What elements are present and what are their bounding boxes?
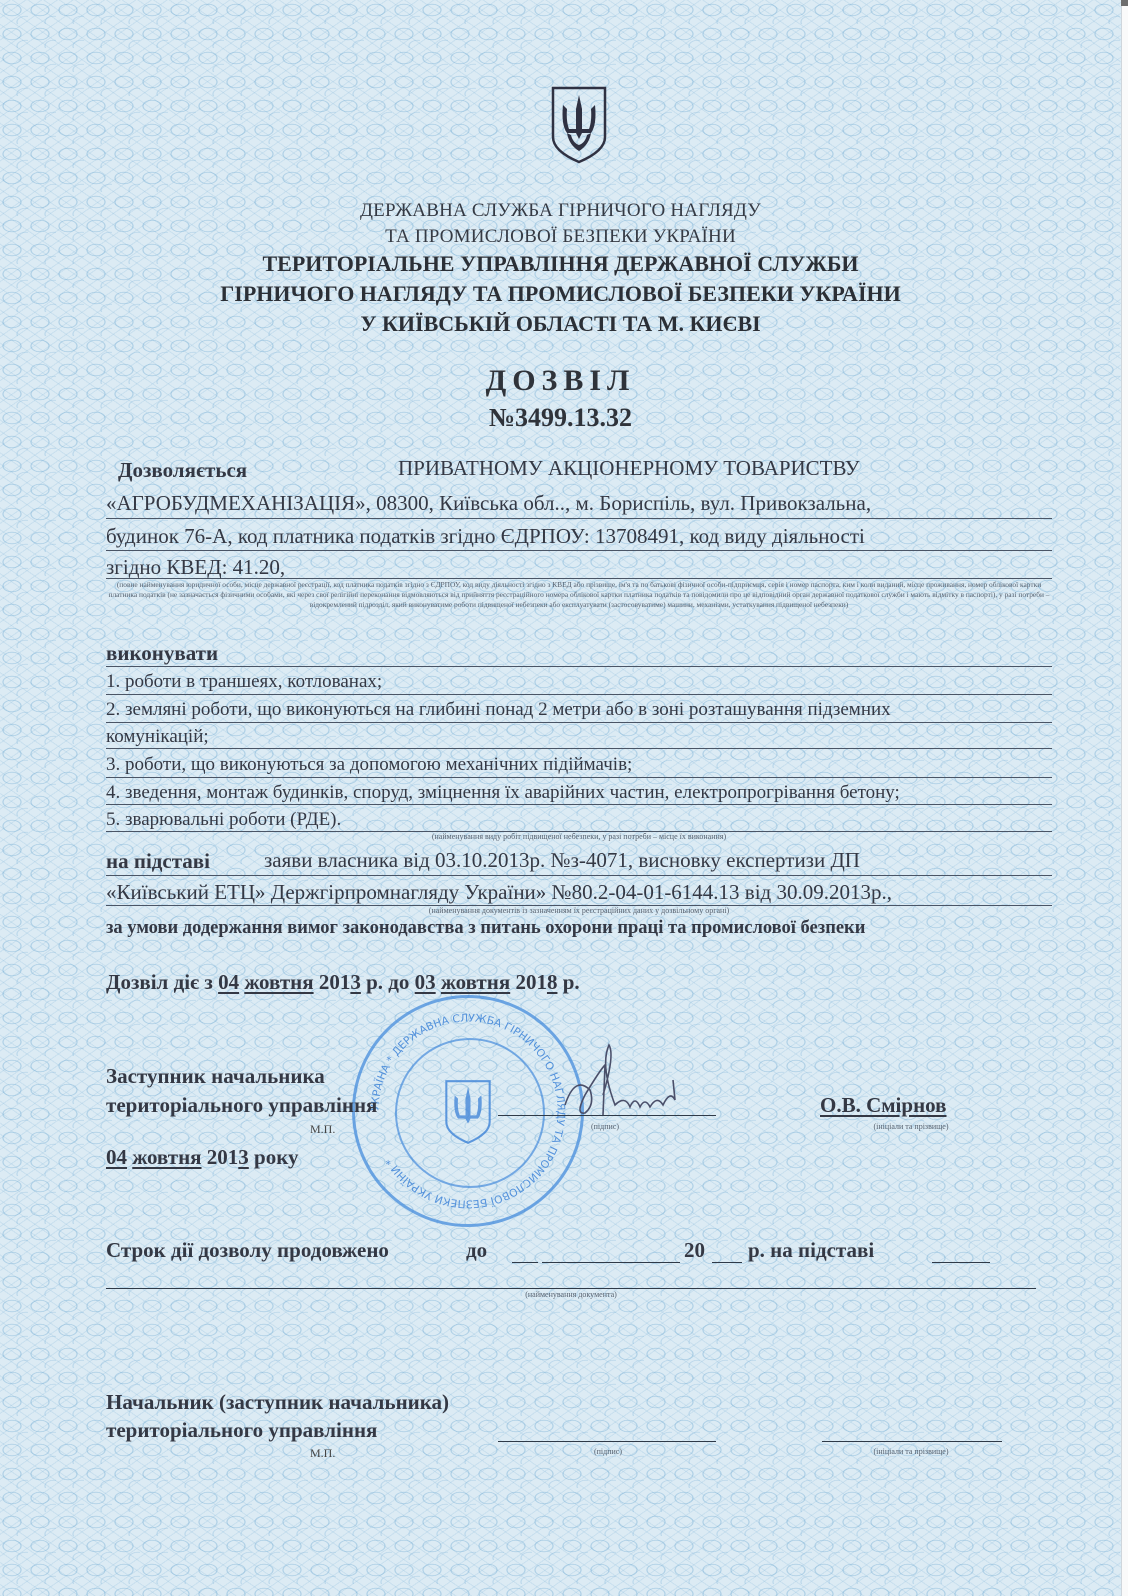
valid-to-day: 03 (415, 970, 436, 994)
final-signature-caption: (підпис) (578, 1447, 638, 1456)
valid-to-year: 8 (547, 970, 558, 994)
basis-line-2: «Київський ЕТЦ» Держгірпромнагляду Украї… (106, 880, 892, 905)
grantee-row-2: «АГРОБУДМЕХАНІЗАЦІЯ», 08300, Київська об… (106, 488, 1052, 519)
agency-line-2: ТА ПРОМИСЛОВОЇ БЕЗПЕКИ УКРАЇНИ (0, 226, 1121, 248)
extension-to: до (466, 1238, 487, 1263)
signer-name: О.В. Смірнов (820, 1093, 947, 1118)
seal-trident-icon (443, 1078, 493, 1146)
signature-caption: (підпис) (575, 1122, 635, 1131)
grantee-line-2: «АГРОБУДМЕХАНІЗАЦІЯ», 08300, Київська об… (106, 491, 871, 516)
extension-month-blank[interactable] (542, 1262, 680, 1263)
works-item: 1. роботи в траншеях, котлованах; (106, 668, 1052, 695)
works-item: 4. зведення, монтаж будинків, споруд, зм… (106, 779, 1052, 805)
works-caption: (найменування виду робіт підвищеної небе… (106, 832, 1052, 841)
scan-edge-mark (1121, 0, 1128, 6)
grantee-line-1: ПРИВАТНОМУ АКЦІОНЕРНОМУ ТОВАРИСТВУ (398, 456, 860, 481)
territorial-line-2: ГІРНИЧОГО НАГЛЯДУ ТА ПРОМИСЛОВОЇ БЕЗПЕКИ… (0, 281, 1121, 307)
signer-name-caption: (ініціали та прізвище) (836, 1122, 986, 1131)
document-title: ДОЗВІЛ (0, 364, 1121, 398)
trident-coat-of-arms-icon (549, 85, 609, 165)
grantee-row-4: згідно КВЕД: 41.20, (106, 552, 1052, 579)
final-position-line-1: Начальник (заступник начальника) (106, 1390, 449, 1415)
extension-label: Строк дії дозволу продовжено (106, 1238, 389, 1263)
signature-date: 04 жовтня 2013 року (106, 1145, 299, 1170)
final-seal-mark: М.П. (310, 1446, 335, 1461)
grantee-label: Дозволяється (118, 458, 247, 483)
works-item: 5. зварювальні роботи (РДЕ). (106, 806, 1052, 832)
works-label: виконувати (106, 641, 218, 666)
works-item: 3. роботи, що виконуються за допомогою м… (106, 750, 1052, 778)
condition-text: за умови додержання вимог законодавства … (106, 918, 865, 939)
basis-line-1: заяви власника від 03.10.2013р. №з-4071,… (264, 848, 860, 873)
valid-from-month: жовтня (244, 970, 313, 994)
validity-line: Дозвіл діє з 04 жовтня 2013 р. до 03 жов… (106, 970, 580, 995)
valid-from-day: 04 (218, 970, 239, 994)
scan-edge (1121, 0, 1128, 1596)
seal-mark: М.П. (310, 1122, 335, 1137)
grantee-line-3: будинок 76-А, код платника податків згід… (106, 524, 865, 549)
final-name-caption: (ініціали та прізвище) (836, 1447, 986, 1456)
signer-position-line-2: територіального управління (106, 1093, 377, 1118)
extension-day-blank[interactable] (512, 1262, 538, 1263)
extension-document-line[interactable] (106, 1288, 1036, 1289)
handwritten-signature (545, 1035, 695, 1130)
basis-row-1: на підставі заяви власника від 03.10.201… (106, 845, 1052, 876)
extension-basis-blank[interactable] (932, 1262, 990, 1263)
works-label-row: виконувати: (106, 640, 1052, 667)
final-signature-line[interactable] (498, 1441, 716, 1442)
grantee-line-4: згідно КВЕД: 41.20, (106, 555, 285, 580)
final-name-line[interactable] (822, 1441, 1002, 1442)
extension-year-blank[interactable] (712, 1262, 742, 1263)
grantee-row-3: будинок 76-А, код платника податків згід… (106, 520, 1052, 551)
permit-number: №3499.13.32 (0, 403, 1121, 433)
territorial-line-1: ТЕРИТОРІАЛЬНЕ УПРАВЛІННЯ ДЕРЖАВНОЇ СЛУЖБ… (0, 251, 1121, 277)
basis-label: на підставі (106, 849, 210, 874)
basis-caption: (найменування документів із зазначенням … (106, 906, 1052, 915)
basis-row-2: «Київський ЕТЦ» Держгірпромнагляду Украї… (106, 877, 1052, 906)
grantee-row-1: Дозволяється ПРИВАТНОМУ АКЦІОНЕРНОМУ ТОВ… (106, 456, 1052, 487)
valid-from-year: 3 (350, 970, 361, 994)
works-item: комунікацій; (106, 724, 1052, 749)
extension-year-prefix: 20 (684, 1238, 705, 1263)
extension-basis-label: р. на підставі (748, 1238, 874, 1263)
territorial-line-3: У КИЇВСЬКІЙ ОБЛАСТІ ТА М. КИЄВІ (0, 311, 1121, 337)
final-position-line-2: територіального управління (106, 1418, 377, 1443)
signer-position-line-1: Заступник начальника (106, 1064, 325, 1089)
extension-caption: (найменування документа) (106, 1290, 1036, 1299)
valid-to-month: жовтня (441, 970, 510, 994)
agency-line-1: ДЕРЖАВНА СЛУЖБА ГІРНИЧОГО НАГЛЯДУ (0, 200, 1121, 222)
works-item: 2. земляні роботи, що виконуються на гли… (106, 696, 1052, 723)
grantee-footnote: (повне найменування юридичної особи, міс… (106, 580, 1052, 610)
